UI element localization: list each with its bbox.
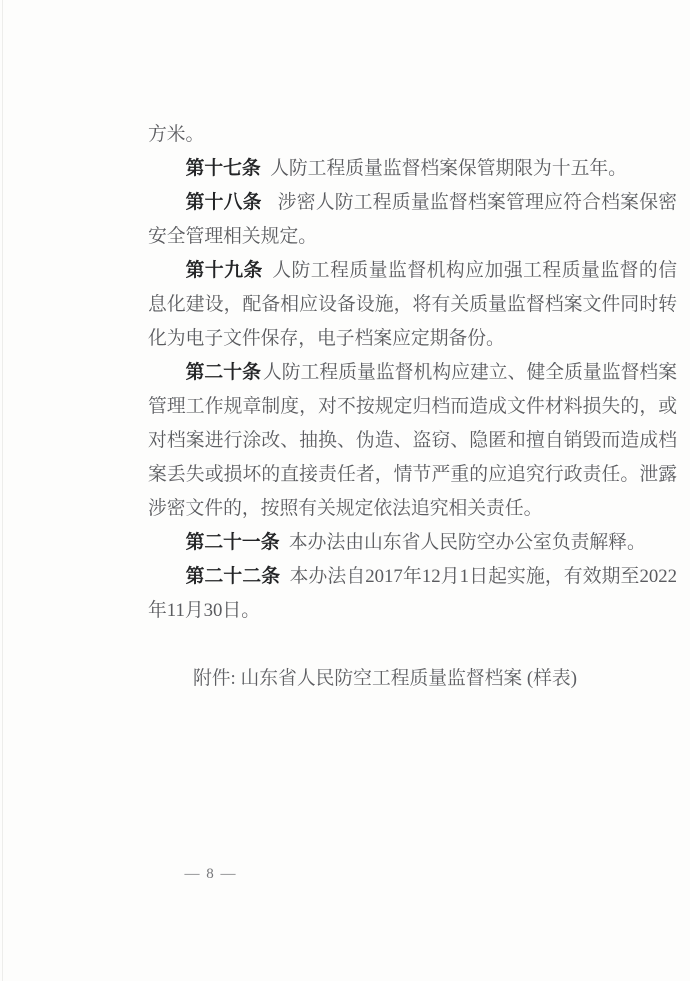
document-body: 方米。 第十七条人防工程质量监督档案保管期限为十五年。 第十八条涉密人防工程质量… xyxy=(148,118,677,696)
article-22: 第二十二条本办法自2017年12月1日起实施，有效期至2022年11月30日。 xyxy=(148,560,677,628)
article-20-text: 人防工程质量监督机构应建立、健全质量监督档案管理工作规章制度，对不按规定归档而造… xyxy=(148,362,677,519)
article-21-number: 第二十一条 xyxy=(186,532,280,553)
article-18-number: 第十八条 xyxy=(186,192,262,213)
continuation-line: 方米。 xyxy=(148,118,677,152)
scan-edge-artifact xyxy=(2,0,3,981)
page-number: — 8 — xyxy=(165,866,255,883)
article-20: 第二十条人防工程质量监督机构应建立、健全质量监督档案管理工作规章制度，对不按规定… xyxy=(148,356,677,526)
article-20-number: 第二十条 xyxy=(186,362,261,383)
article-17-number: 第十七条 xyxy=(186,158,261,179)
article-22-number: 第二十二条 xyxy=(186,566,281,587)
article-19: 第十九条人防工程质量监督机构应加强工程质量监督的信息化建设，配备相应设备设施，将… xyxy=(148,254,677,356)
article-17-text: 人防工程质量监督档案保管期限为十五年。 xyxy=(270,158,627,179)
attachment-note: 附件: 山东省人民防空工程质量监督档案 (样表) xyxy=(148,662,677,696)
article-21-text: 本办法由山东省人民防空办公室负责解释。 xyxy=(289,532,646,553)
article-17: 第十七条人防工程质量监督档案保管期限为十五年。 xyxy=(148,152,677,186)
article-18: 第十八条涉密人防工程质量监督档案管理应符合档案保密安全管理相关规定。 xyxy=(148,186,677,254)
scanned-document-page: 方米。 第十七条人防工程质量监督档案保管期限为十五年。 第十八条涉密人防工程质量… xyxy=(0,0,690,981)
article-19-number: 第十九条 xyxy=(186,260,263,281)
article-21: 第二十一条本办法由山东省人民防空办公室负责解释。 xyxy=(148,526,677,560)
